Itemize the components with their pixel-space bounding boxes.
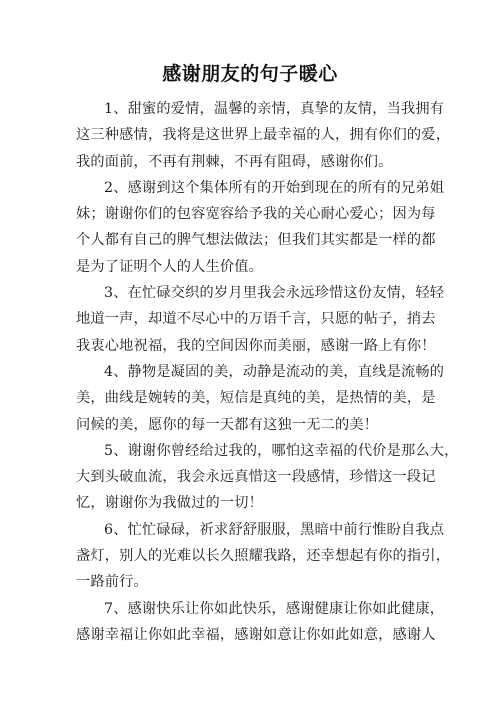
paragraph-3: 3、在忙碌交织的岁月里我会永远珍惜这份友情，轻轻 地道一声，却道不尽心中的万语千… — [76, 280, 421, 359]
paragraph-line: 盏灯，别人的光难以长久照耀我路，还幸想起有你的指引， — [76, 543, 421, 569]
paragraph-line: 2、感谢到这个集体所有的开始到现在的所有的兄弟姐 — [76, 175, 421, 201]
paragraph-line: 一路前行。 — [76, 569, 421, 595]
paragraph-line: 忆，谢谢你为我做过的一切！ — [76, 490, 421, 516]
paragraph-line: 地道一声，却道不尽心中的万语千言，只愿的帖子，捎去 — [76, 306, 421, 332]
paragraph-line: 这三种感情，我将是这世界上最幸福的人，拥有你们的爱， — [76, 122, 421, 148]
paragraph-line: 是为了证明个人的人生价值。 — [76, 254, 421, 280]
paragraph-1: 1、甜蜜的爱情，温馨的亲情，真挚的友情，当我拥有 这三种感情，我将是这世界上最幸… — [76, 96, 421, 175]
paragraph-4: 4、静物是凝固的美，动静是流动的美，直线是流畅的 美，曲线是婉转的美，短信是真纯… — [76, 359, 421, 438]
document-body: 1、甜蜜的爱情，温馨的亲情，真挚的友情，当我拥有 这三种感情，我将是这世界上最幸… — [76, 96, 421, 648]
paragraph-line: 妹；谢谢你们的包容宽容给予我的关心耐心爱心；因为每 — [76, 201, 421, 227]
paragraph-line: 我的面前，不再有荆棘，不再有阻碍，感谢你们。 — [76, 149, 421, 175]
document-page: 感谢朋友的句子暖心 1、甜蜜的爱情，温馨的亲情，真挚的友情，当我拥有 这三种感情… — [0, 0, 500, 708]
paragraph-line: 6、忙忙碌碌，祈求舒舒服服，黑暗中前行惟盼自我点 — [76, 517, 421, 543]
paragraph-line: 3、在忙碌交织的岁月里我会永远珍惜这份友情，轻轻 — [76, 280, 421, 306]
page-title: 感谢朋友的句子暖心 — [0, 60, 500, 88]
paragraph-line: 5、谢谢你曾经给过我的，哪怕这幸福的代价是那么大， — [76, 438, 421, 464]
paragraph-line: 感谢幸福让你如此幸福，感谢如意让你如此如意，感谢人 — [76, 622, 421, 648]
paragraph-line: 7、感谢快乐让你如此快乐，感谢健康让你如此健康， — [76, 596, 421, 622]
paragraph-line: 1、甜蜜的爱情，温馨的亲情，真挚的友情，当我拥有 — [76, 96, 421, 122]
paragraph-line: 大到头破血流，我会永远真惜这一段感情，珍惜这一段记 — [76, 464, 421, 490]
paragraph-7: 7、感谢快乐让你如此快乐，感谢健康让你如此健康， 感谢幸福让你如此幸福，感谢如意… — [76, 596, 421, 649]
paragraph-line: 我衷心地祝福，我的空间因你而美丽，感谢一路上有你！ — [76, 333, 421, 359]
paragraph-2: 2、感谢到这个集体所有的开始到现在的所有的兄弟姐 妹；谢谢你们的包容宽容给予我的… — [76, 175, 421, 280]
paragraph-6: 6、忙忙碌碌，祈求舒舒服服，黑暗中前行惟盼自我点 盏灯，别人的光难以长久照耀我路… — [76, 517, 421, 596]
paragraph-line: 美，曲线是婉转的美，短信是真纯的美，是热情的美，是 — [76, 385, 421, 411]
paragraph-line: 个人都有自己的脾气想法做法；但我们其实都是一样的都 — [76, 227, 421, 253]
paragraph-line: 问候的美，愿你的每一天都有这独一无二的美！ — [76, 412, 421, 438]
paragraph-5: 5、谢谢你曾经给过我的，哪怕这幸福的代价是那么大， 大到头破血流，我会永远真惜这… — [76, 438, 421, 517]
paragraph-line: 4、静物是凝固的美，动静是流动的美，直线是流畅的 — [76, 359, 421, 385]
